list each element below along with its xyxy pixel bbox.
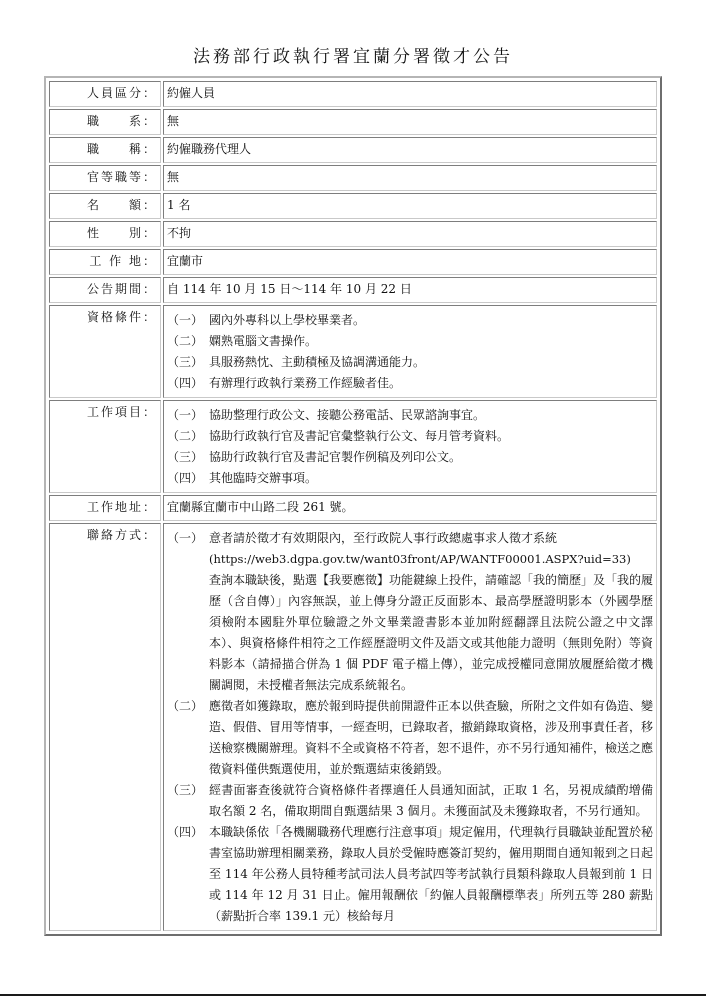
field-label: 人員區分： (49, 81, 161, 107)
field-row-duties: 工作項目： （一） 協助整理行政公文、接聽公務電話、民眾諮詢事宜。 （二） 協助… (49, 400, 657, 493)
item-number: （二） (167, 426, 209, 447)
item-text: 有辦理行政執行業務工作經驗者佳。 (209, 373, 653, 394)
field-row-gender: 性 別： 不拘 (49, 221, 657, 247)
item-text: 具服務熱忱、主動積極及協調溝通能力。 (209, 352, 653, 373)
item-number: （三） (167, 352, 209, 373)
field-label: 職 系： (49, 109, 161, 135)
item-number: （三） (167, 447, 209, 468)
field-row-contact: 聯絡方式： （一） 意者請於徵才有效期限內，至行政院人事行政總處事求人徵才系統 … (49, 523, 657, 931)
item-text: 協助行政執行官及書記官彙整執行公文、每月管考資料。 (209, 426, 653, 447)
announcement-table: 人員區分： 約僱人員 職 系： 無 職 稱： 約僱職務代理人 官等職等： 無 名… (44, 76, 662, 936)
item-number: （一） (167, 405, 209, 426)
field-label: 聯絡方式： (49, 523, 161, 931)
contact-list: （一） 意者請於徵才有效期限內，至行政院人事行政總處事求人徵才系統 (https… (163, 523, 657, 931)
item-number: （二） (167, 331, 209, 352)
list-item: （一） 國內外專科以上學校畢業者。 (167, 310, 653, 331)
item-text: 本職缺係依「各機關職務代理應行注意事項」規定僱用，代理執行員職缺並配置於秘書室協… (209, 822, 653, 927)
item-text: 其他臨時交辦事項。 (209, 468, 653, 489)
list-item: （二） 協助行政執行官及書記官彙整執行公文、每月管考資料。 (167, 426, 653, 447)
field-value: 約僱職務代理人 (163, 137, 657, 163)
field-label: 工作項目： (49, 400, 161, 493)
recruitment-system-url[interactable]: (https://web3.dgpa.gov.tw/want03front/AP… (209, 552, 631, 566)
list-item: （一） 協助整理行政公文、接聽公務電話、民眾諮詢事宜。 (167, 405, 653, 426)
field-row-rank-grade: 官等職等： 無 (49, 165, 657, 191)
item-text: 嫻熟電腦文書操作。 (209, 331, 653, 352)
field-row-quota: 名 額： 1 名 (49, 193, 657, 219)
field-label: 工 作 地： (49, 249, 161, 275)
item-number: （四） (167, 373, 209, 394)
field-row-work-address: 工作地址： 宜蘭縣宜蘭市中山路二段 261 號。 (49, 495, 657, 521)
field-row-qualifications: 資格條件： （一） 國內外專科以上學校畢業者。 （二） 嫻熟電腦文書操作。 （三… (49, 305, 657, 398)
field-value: 1 名 (163, 193, 657, 219)
field-value: 宜蘭縣宜蘭市中山路二段 261 號。 (163, 495, 657, 521)
item-text: 經書面審查後就符合資格條件者擇適任人員通知面試，正取 1 名，另視成績酌增備取名… (209, 780, 653, 822)
field-value: 不拘 (163, 221, 657, 247)
item-text: 國內外專科以上學校畢業者。 (209, 310, 653, 331)
list-item: （三） 經書面審查後就符合資格條件者擇適任人員通知面試，正取 1 名，另視成績酌… (167, 780, 653, 822)
field-label: 工作地址： (49, 495, 161, 521)
list-item: （四） 其他臨時交辦事項。 (167, 468, 653, 489)
document-title: 法務部行政執行署宜蘭分署徵才公告 (0, 42, 706, 67)
field-label: 公告期間： (49, 277, 161, 303)
field-label: 名 額： (49, 193, 161, 219)
field-label: 官等職等： (49, 165, 161, 191)
item-text: 協助整理行政公文、接聽公務電話、民眾諮詢事宜。 (209, 405, 653, 426)
item-number: （一） (167, 310, 209, 331)
item-number: （三） (167, 780, 209, 822)
list-item: （一） 意者請於徵才有效期限內，至行政院人事行政總處事求人徵才系統 (https… (167, 528, 653, 696)
list-item: （三） 協助行政執行官及書記官製作例稿及列印公文。 (167, 447, 653, 468)
item-text: 意者請於徵才有效期限內，至行政院人事行政總處事求人徵才系統 (https://w… (209, 528, 653, 696)
field-row-work-location: 工 作 地： 宜蘭市 (49, 249, 657, 275)
list-item: （三） 具服務熱忱、主動積極及協調溝通能力。 (167, 352, 653, 373)
item-text: 協助行政執行官及書記官製作例稿及列印公文。 (209, 447, 653, 468)
field-value: 無 (163, 165, 657, 191)
field-row-announcement-period: 公告期間： 自 114 年 10 月 15 日～114 年 10 月 22 日 (49, 277, 657, 303)
item-text: 應徵者如獲錄取，應於報到時提供前開證件正本以供查驗，所附之文件如有偽造、變造、假… (209, 696, 653, 780)
field-row-job-title: 職 稱： 約僱職務代理人 (49, 137, 657, 163)
duties-list: （一） 協助整理行政公文、接聽公務電話、民眾諮詢事宜。 （二） 協助行政執行官及… (163, 400, 657, 493)
field-value: 約僱人員 (163, 81, 657, 107)
list-item: （二） 應徵者如獲錄取，應於報到時提供前開證件正本以供查驗，所附之文件如有偽造、… (167, 696, 653, 780)
item-number: （二） (167, 696, 209, 780)
qualifications-list: （一） 國內外專科以上學校畢業者。 （二） 嫻熟電腦文書操作。 （三） 具服務熱… (163, 305, 657, 398)
field-label: 職 稱： (49, 137, 161, 163)
field-value: 宜蘭市 (163, 249, 657, 275)
field-label: 性 別： (49, 221, 161, 247)
list-item: （二） 嫻熟電腦文書操作。 (167, 331, 653, 352)
field-value: 無 (163, 109, 657, 135)
field-label: 資格條件： (49, 305, 161, 398)
list-item: （四） 有辦理行政執行業務工作經驗者佳。 (167, 373, 653, 394)
item-number: （一） (167, 528, 209, 696)
item-number: （四） (167, 468, 209, 489)
list-item: （四） 本職缺係依「各機關職務代理應行注意事項」規定僱用，代理執行員職缺並配置於… (167, 822, 653, 927)
page-bottom-divider (0, 994, 706, 996)
item-text-body: 查詢本職缺後，點選【我要應徵】功能鍵線上投件，請確認「我的簡歷」及「我的履歷（含… (209, 573, 653, 692)
info-table: 人員區分： 約僱人員 職 系： 無 職 稱： 約僱職務代理人 官等職等： 無 名… (47, 79, 659, 933)
field-row-personnel-type: 人員區分： 約僱人員 (49, 81, 657, 107)
field-row-job-series: 職 系： 無 (49, 109, 657, 135)
item-text-intro: 意者請於徵才有效期限內，至行政院人事行政總處事求人徵才系統 (209, 531, 557, 545)
field-value: 自 114 年 10 月 15 日～114 年 10 月 22 日 (163, 277, 657, 303)
item-number: （四） (167, 822, 209, 927)
